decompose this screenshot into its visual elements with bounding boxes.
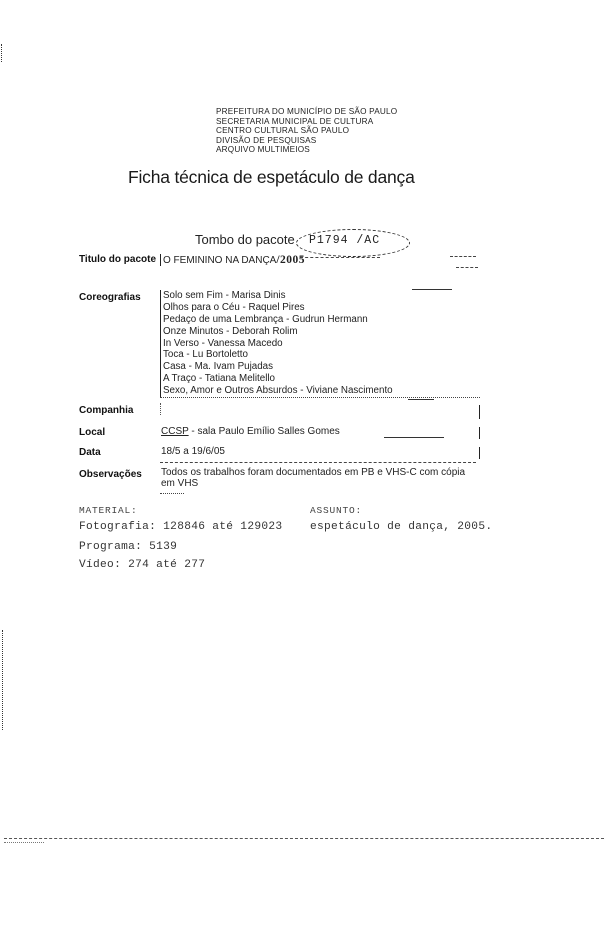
- tombo-label: Tombo do pacote: [195, 232, 295, 247]
- handwritten-year: /2005: [276, 254, 305, 266]
- form-border: [479, 427, 480, 439]
- list-item: Casa - Ma. Ivam Pujadas: [160, 361, 393, 373]
- header-line: SECRETARIA MUNICIPAL DE CULTURA: [216, 117, 397, 127]
- scan-mark: [160, 462, 476, 463]
- scan-mark: [412, 289, 452, 290]
- scan-mark: [456, 267, 478, 268]
- local-rest: - sala Paulo Emílio Salles Gomes: [189, 426, 340, 437]
- coreografias-label: Coreografias: [79, 292, 141, 303]
- scan-mark: [160, 397, 480, 398]
- assunto-label: ASSUNTO:: [310, 505, 362, 516]
- companhia-value: [160, 403, 161, 415]
- list-item: Onze Minutos - Deborah Rolim: [160, 326, 393, 338]
- fotografia-range: Fotografia: 128846 até 129023: [79, 521, 282, 533]
- list-item: In Verso - Vanessa Macedo: [160, 338, 393, 350]
- scan-mark: [450, 256, 476, 257]
- scan-mark: [160, 493, 184, 494]
- observacoes-label: Observações: [79, 469, 142, 480]
- form-border: [479, 405, 480, 419]
- list-item: Toca - Lu Bortoletto: [160, 349, 393, 361]
- header-line: DIVISÃO DE PESQUISAS: [216, 136, 397, 146]
- document-title: Ficha técnica de espetáculo de dança: [128, 167, 415, 188]
- scan-mark: [408, 399, 434, 400]
- scan-edge-mark: [2, 630, 3, 730]
- list-item: Pedaço de uma Lembrança - Gudrun Hermann: [160, 314, 393, 326]
- list-item: Solo sem Fim - Marisa Dinis: [160, 290, 393, 302]
- local-ccsp: CCSP: [161, 426, 189, 437]
- list-item: A Traço - Tatiana Melitello: [160, 373, 393, 385]
- tombo-value: P1794 /AC: [309, 234, 380, 247]
- form-border: [479, 447, 480, 459]
- header-line: PREFEITURA DO MUNICÍPIO DE SÃO PAULO: [216, 107, 397, 117]
- data-label: Data: [79, 447, 101, 458]
- scan-bottom-line: [4, 842, 44, 843]
- programa-number: Programa: 5139: [79, 541, 177, 553]
- scan-edge-mark: [1, 44, 2, 62]
- local-label: Local: [79, 427, 105, 438]
- titulo-value: O FEMININO NA DANÇA/2005: [160, 254, 305, 266]
- scan-mark: [384, 437, 444, 438]
- coreografias-list: Solo sem Fim - Marisa Dinis Olhos para o…: [160, 290, 393, 397]
- observacoes-value: Todos os trabalhos foram documentados em…: [161, 467, 481, 489]
- titulo-text: O FEMININO NA DANÇA: [163, 255, 276, 266]
- video-range: Vídeo: 274 até 277: [79, 559, 205, 571]
- material-label: MATERIAL:: [79, 505, 138, 516]
- companhia-label: Companhia: [79, 405, 133, 416]
- data-value: 18/5 a 19/6/05: [161, 446, 225, 457]
- assunto-value: espetáculo de dança, 2005.: [310, 521, 492, 533]
- header-line: ARQUIVO MULTIMEIOS: [216, 145, 397, 155]
- header-line: CENTRO CULTURAL SÃO PAULO: [216, 126, 397, 136]
- list-item: Olhos para o Céu - Raquel Pires: [160, 302, 393, 314]
- local-value: CCSP - sala Paulo Emílio Salles Gomes: [161, 426, 340, 437]
- handwritten-stroke: [300, 257, 380, 258]
- titulo-label: Titulo do pacote: [79, 254, 156, 265]
- institution-header: PREFEITURA DO MUNICÍPIO DE SÃO PAULO SEC…: [216, 107, 397, 155]
- scan-bottom-line: [4, 838, 604, 839]
- list-item: Sexo, Amor e Outros Absurdos - Viviane N…: [160, 385, 393, 397]
